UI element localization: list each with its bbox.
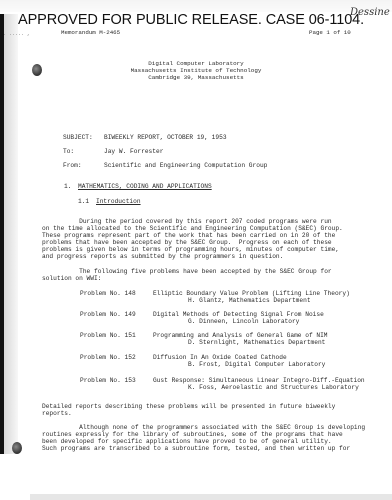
subject-value: BIWEEKLY REPORT, OCTOBER 19, 1953 (104, 134, 227, 141)
text-line: solution on WWI: (42, 275, 372, 282)
from-label: From: (63, 162, 82, 169)
problem-owner: K. Foss, Aeroelastic and Structures Labo… (188, 384, 359, 391)
page-number: Page 1 of 10 (309, 29, 351, 36)
from-value: Scientific and Engineering Computation G… (104, 162, 267, 169)
problem-owner: G. Dinneen, Lincoln Laboratory (188, 318, 299, 325)
scan-top-edge (0, 0, 392, 12)
scan-mark: . ..... , (3, 31, 30, 37)
scan-bottom-edge (30, 494, 392, 500)
problem-number: Problem No. 148 (80, 290, 136, 297)
to-value: Jay W. Forrester (104, 148, 163, 155)
problem-number: Problem No. 149 (80, 311, 136, 318)
subsection-title: Introduction (96, 198, 141, 205)
problem-owner: H. Glantz, Mathematics Department (188, 297, 311, 304)
to-label: To: (63, 148, 74, 155)
problem-number: Problem No. 152 (80, 354, 136, 361)
section-number: 1. (64, 183, 71, 190)
hole-punch-icon (12, 442, 22, 454)
section-title: MATHEMATICS, CODING AND APPLICATIONS (78, 183, 212, 190)
release-stamp: APPROVED FOR PUBLIC RELEASE. CASE 06-110… (18, 12, 364, 28)
handwritten-note: Dessine (350, 7, 390, 18)
text-line: Such programs are transcribed to a subro… (42, 445, 372, 452)
memo-number: Memorandum M-2465 (61, 29, 120, 36)
subject-label: SUBJECT: (63, 134, 93, 141)
text-line: and progress reports as submitted by the… (42, 253, 372, 260)
org-line-3: Cambridge 39, Massachusetts (0, 74, 392, 81)
problem-owner: B. Frost, Digital Computer Laboratory (188, 361, 325, 368)
problem-number: Problem No. 153 (80, 377, 136, 384)
problem-number: Problem No. 151 (80, 332, 136, 339)
problem-owner: D. Sternlight, Mathematics Department (188, 339, 325, 346)
subsection-number: 1.1 (78, 198, 89, 205)
text-line: reports. (42, 410, 372, 417)
